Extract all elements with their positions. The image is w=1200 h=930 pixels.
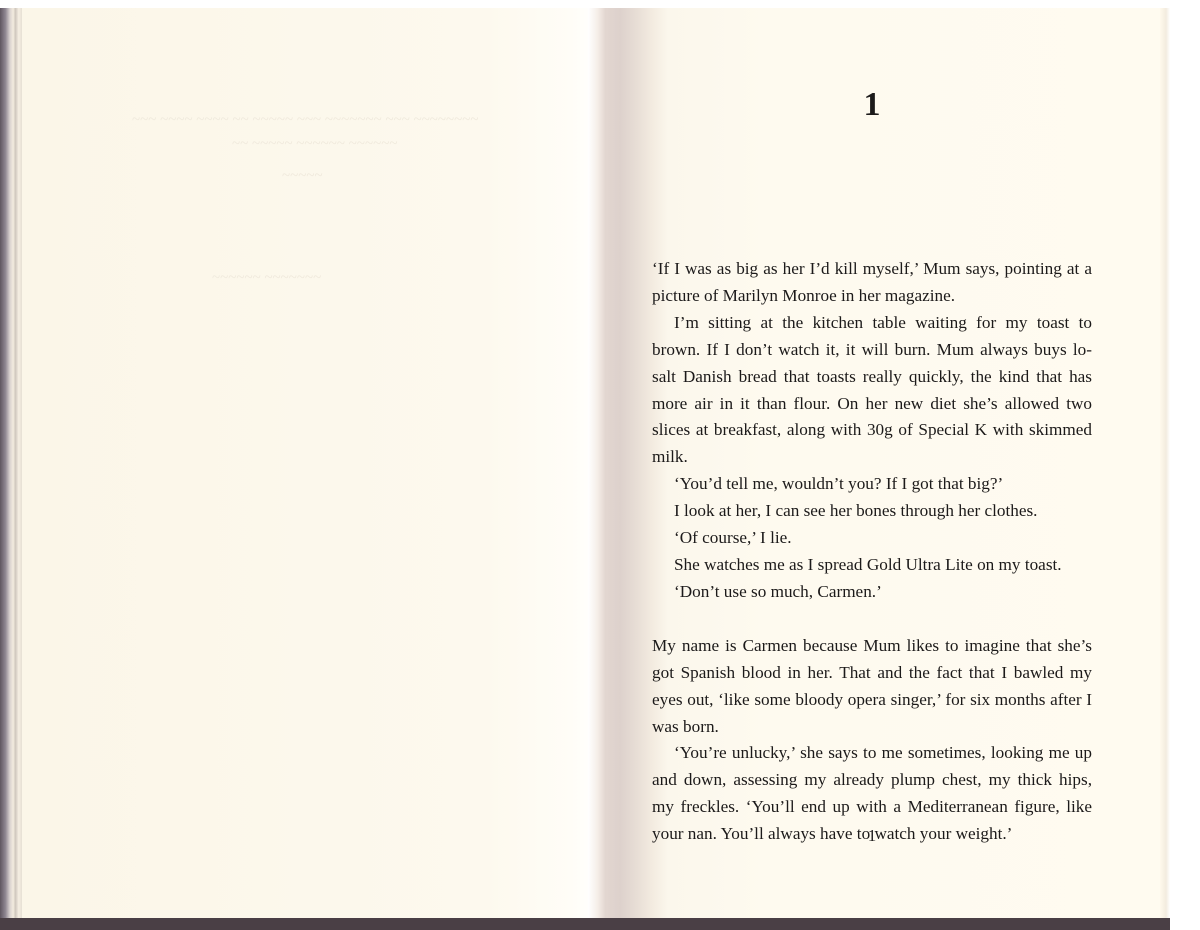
- paragraph: ‘Don’t use so much, Carmen.’: [652, 579, 1092, 606]
- paragraph: I look at her, I can see her bones throu…: [652, 498, 1092, 525]
- chapter-number: 1: [862, 86, 882, 124]
- book-spread-scan: ~~~ ~~~~ ~~~~ ~~ ~~~~~ ~~~ ~~~~~~~ ~~~ ~…: [0, 0, 1200, 930]
- page-number: 1: [862, 826, 882, 846]
- bleed-through-text: ~~~~~~ ~~~~~~~: [212, 270, 321, 287]
- paragraph: ‘You’d tell me, wouldn’t you? If I got t…: [652, 471, 1092, 498]
- bleed-through-text: ~~~ ~~~~ ~~~~ ~~ ~~~~~ ~~~ ~~~~~~~ ~~~ ~…: [132, 112, 479, 129]
- bleed-through-text: ~~ ~~~~~ ~~~~~~ ~~~~~~: [232, 136, 397, 153]
- right-page-edges: [1160, 8, 1170, 920]
- paragraph: My name is Carmen because Mum likes to i…: [652, 633, 1092, 741]
- table-surface: [0, 918, 1170, 930]
- paragraph: ‘If I was as big as her I’d kill myself,…: [652, 256, 1092, 310]
- chapter-body: ‘If I was as big as her I’d kill myself,…: [652, 256, 1092, 848]
- bleed-through-text: ~~~~~: [282, 168, 323, 185]
- paragraph: I’m sitting at the kitchen table waiting…: [652, 310, 1092, 471]
- paragraph: She watches me as I spread Gold Ultra Li…: [652, 552, 1092, 579]
- left-page: ~~~ ~~~~ ~~~~ ~~ ~~~~~ ~~~ ~~~~~~~ ~~~ ~…: [22, 8, 600, 918]
- left-page-edges: [0, 8, 22, 920]
- paragraph: ‘Of course,’ I lie.: [652, 525, 1092, 552]
